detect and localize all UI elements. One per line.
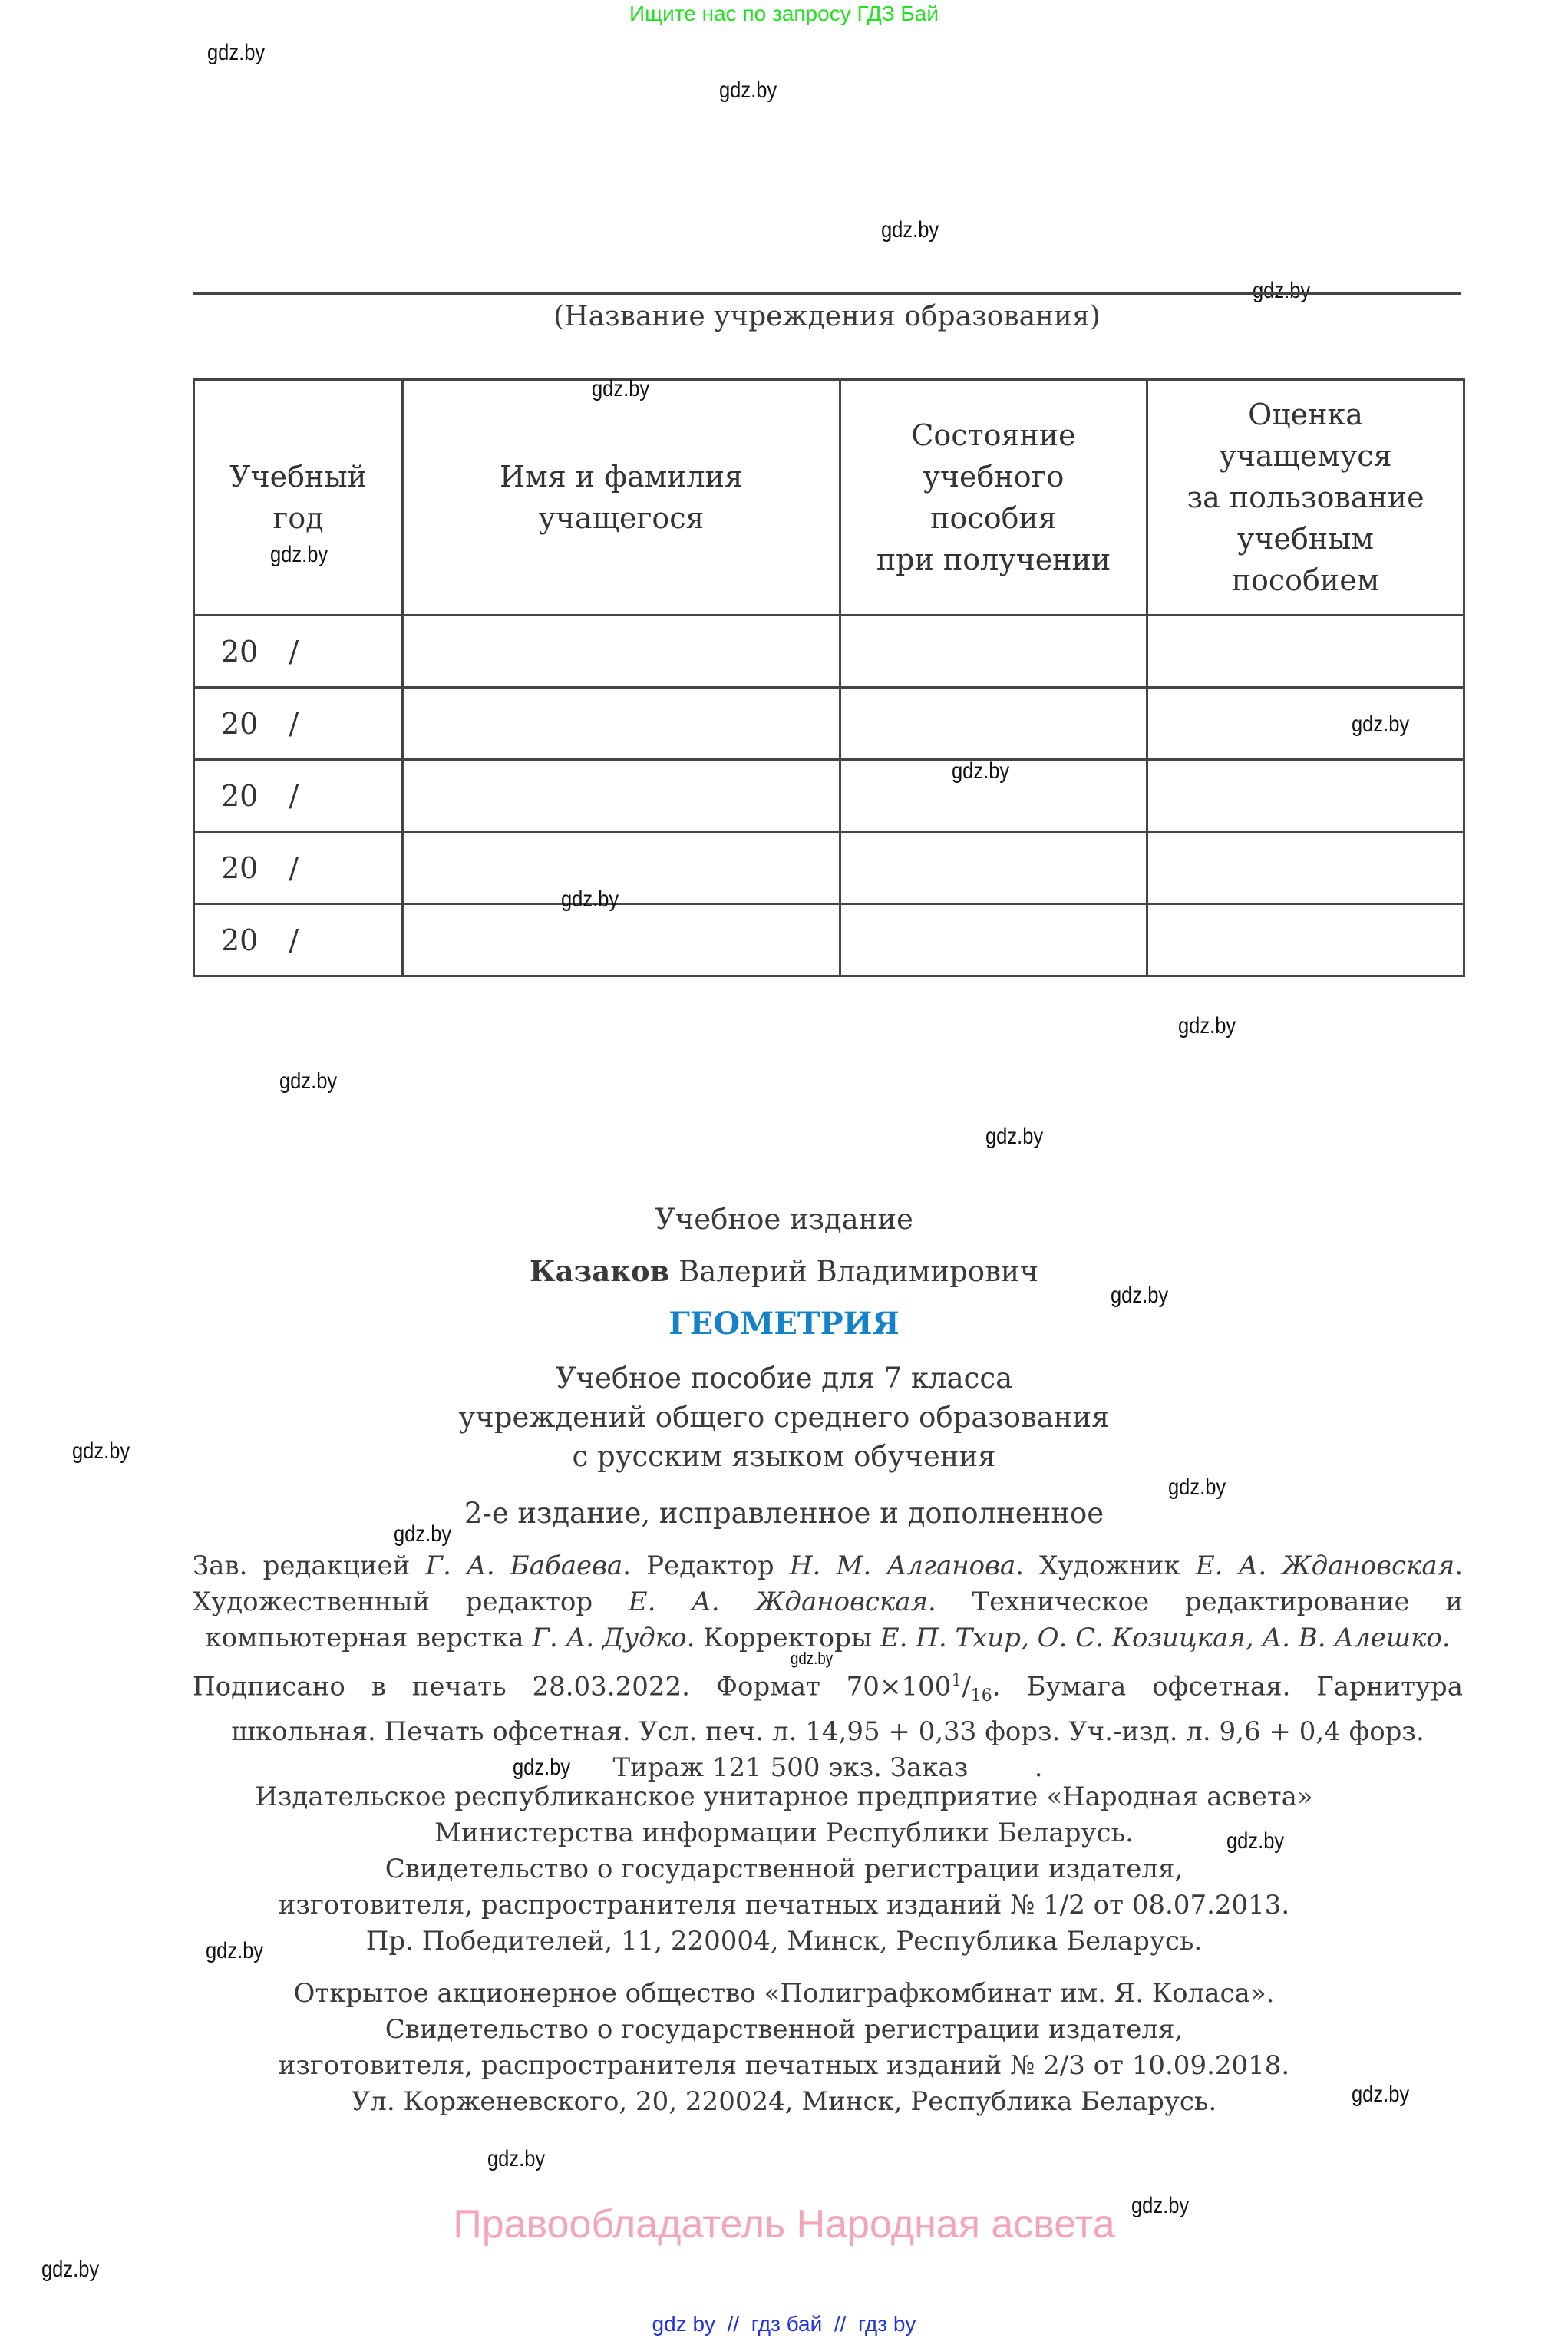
grade-cell[interactable] — [1147, 616, 1464, 688]
watermark: gdz.by — [952, 758, 1009, 784]
credit-text: . Редактор — [622, 1550, 790, 1581]
print-info: Подписано в печать 28.03.2022. Формат 70… — [193, 1663, 1463, 1786]
person-name: Е. А. Ждановская — [1196, 1550, 1454, 1581]
book-subtitle: Учебное пособие для 7 класса учреждений … — [0, 1359, 1568, 1476]
condition-cell[interactable] — [840, 616, 1147, 688]
author-given-names: Валерий Владимирович — [678, 1255, 1038, 1288]
author-surname: Казаков — [530, 1254, 669, 1288]
school-year-cell[interactable]: 20/ — [194, 760, 403, 832]
student-name-cell[interactable] — [403, 760, 840, 832]
watermark: gdz.by — [1253, 278, 1310, 304]
book-title: ГЕОМЕТРИЯ — [0, 1306, 1568, 1342]
watermark: gdz.by — [1352, 712, 1409, 738]
table-row: 20/ — [194, 616, 1464, 688]
credit-text: Зав. редакцией — [193, 1550, 425, 1581]
watermark: gdz.by — [881, 217, 939, 243]
rights-holder-notice: Правообладатель Народная асвета — [0, 2201, 1568, 2247]
student-name-cell[interactable] — [403, 688, 840, 760]
table-row: 20/ — [194, 904, 1464, 976]
watermark: gdz.by — [1178, 1013, 1236, 1039]
table-header-row: Учебный год Имя и фамилия учащегося Сост… — [194, 380, 1464, 616]
institution-caption: (Название учреждения образования) — [193, 301, 1461, 332]
watermark: gdz.by — [487, 2146, 545, 2172]
footer-link[interactable]: гдз by — [858, 2312, 916, 2336]
watermark: gdz.by — [561, 887, 619, 913]
person-name: Е. А. Ждановская — [629, 1587, 928, 1617]
printer-info: Открытое акционерное общество «Полиграфк… — [0, 1976, 1568, 2120]
watermark: gdz.by — [270, 542, 328, 568]
credit-text: . Корректоры — [687, 1623, 880, 1653]
person-name: Е. П. Тхир, О. С. Козицкая, А. В. Алешко — [880, 1623, 1442, 1653]
watermark: gdz.by — [985, 1124, 1043, 1150]
header-school-year: Учебный год — [194, 380, 403, 616]
watermark: gdz.by — [592, 376, 649, 402]
footer-link[interactable]: гдз бай — [751, 2312, 823, 2336]
editorial-credits: Зав. редакцией Г. А. Бабаева. Редактор Н… — [193, 1548, 1463, 1656]
watermark: gdz.by — [719, 78, 777, 104]
table-row: 20/ — [194, 832, 1464, 904]
condition-cell[interactable] — [840, 832, 1147, 904]
search-banner[interactable]: Ищите нас по запросу ГДЗ Бай — [0, 2, 1568, 26]
edition-type: Учебное издание — [0, 1203, 1568, 1236]
student-name-cell[interactable] — [403, 616, 840, 688]
condition-cell[interactable] — [840, 688, 1147, 760]
watermark: gdz.by — [279, 1068, 337, 1095]
grade-cell[interactable] — [1147, 760, 1464, 832]
school-year-cell[interactable]: 20/ — [194, 688, 403, 760]
grade-cell[interactable] — [1147, 688, 1464, 760]
edition-info: 2-е издание, исправленное и дополненное — [0, 1497, 1568, 1530]
person-name: Г. А. Дудко — [532, 1623, 686, 1653]
person-name: Г. А. Бабаева — [425, 1550, 622, 1581]
header-student-name: Имя и фамилия учащегося — [403, 380, 840, 616]
footer-link[interactable]: gdz by — [652, 2312, 716, 2336]
school-year-cell[interactable]: 20/ — [194, 832, 403, 904]
footer-links: gdz by // гдз бай // гдз by — [0, 2312, 1568, 2336]
school-year-cell[interactable]: 20/ — [194, 616, 403, 688]
school-year-cell[interactable]: 20/ — [194, 904, 403, 976]
publisher-info: Издательское республиканское унитарное п… — [0, 1779, 1568, 1960]
grade-cell[interactable] — [1147, 832, 1464, 904]
institution-name-line[interactable] — [193, 292, 1461, 295]
table-row: 20/ — [194, 688, 1464, 760]
watermark: gdz.by — [207, 40, 265, 66]
header-usage-grade: Оценка учащемуся за пользование учебным … — [1147, 380, 1464, 616]
student-name-cell[interactable] — [403, 832, 840, 904]
header-condition-received: Состояние учебного пособия при получении — [840, 380, 1147, 616]
condition-cell[interactable] — [840, 904, 1147, 976]
credit-text: . Художник — [1015, 1550, 1196, 1581]
grade-cell[interactable] — [1147, 904, 1464, 976]
person-name: Н. М. Алганова — [790, 1550, 1015, 1581]
watermark: gdz.by — [41, 2257, 99, 2283]
table-row: 20/ — [194, 760, 1464, 832]
author: Казаков Валерий Владимирович — [0, 1254, 1568, 1288]
textbook-usage-table: Учебный год Имя и фамилия учащегося Сост… — [193, 378, 1465, 977]
student-name-cell[interactable] — [403, 904, 840, 976]
credit-text: . — [1442, 1623, 1451, 1653]
